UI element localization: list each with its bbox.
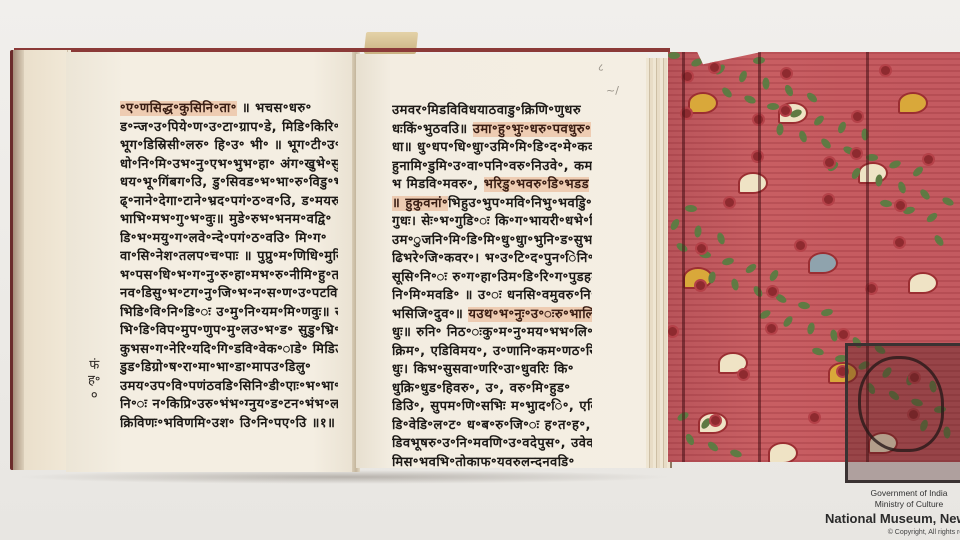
manuscript-line: धय॰भू॰गिंबग॰उि, डु॰सिवड॰भ॰भा॰रु॰विडु॰भ॰ण… [120,174,338,193]
leaf-motif [897,181,907,195]
manuscript-line: उमवर॰मिडविविधयाठवाडु॰क्रिणि॰णुधरु [392,102,592,121]
ink-text: भिहुउ॰भुप॰मवि॰निभु॰भवडुि॰ः [448,196,592,211]
manuscript-line: डि॰भ॰मयु॰ग॰लवे॰न्दे॰पगं॰ठ॰वउि॰ मि॰ग॰ [120,230,338,249]
leaf-motif [812,114,825,127]
ink-text: भूग॰डिस्रिसी॰लरु॰ हि॰उ॰ भी॰ ॥ भूग॰टी॰उ॰ [120,138,338,153]
flower-motif [711,416,720,425]
ink-text: कुभस॰ग॰नेरि॰यदि॰गि॰डवि॰वेक॰ाडे॰ मिडिउ॰ [120,342,338,357]
folded-flyleaf [24,50,68,470]
paisley-motif [908,272,938,294]
leaf-motif [806,322,816,335]
ink-text: भसिजि॰दुव॰॥ [392,307,468,322]
manuscript-line: ॰ए॰णसिद्ध॰कुसिनि॰ता॰ ॥ भचस॰धरु॰ [120,100,338,119]
museum-logo-icon [845,343,960,483]
leaf-motif [798,130,809,144]
leaf-motif [776,123,784,135]
flower-motif [739,370,748,379]
watermark-ministry: Ministry of Culture [864,499,954,509]
ink-text: डुड॰डिग्रो॰ष॰रा॰मा॰भा॰डा॰मापउ॰डिलु॰ [120,360,311,375]
leaf-motif [830,329,839,342]
rubric-text: उमा॰हु॰भुः॰धरु॰पवधुरु॰ [473,122,591,137]
manuscript-line: उमय॰उप॰वि॰पणंठवडि॰सिनि॰डी॰एाः॰भ॰भा॰ [120,378,338,397]
leaf-motif [819,137,832,151]
manuscript-line: भाभि॰मभ॰गु॰भ॰वुः॥ मुडे॰रुभ॰भनम॰वद्वि॰ [120,211,338,230]
cloth-fold [758,52,761,462]
manuscript-line: कुभस॰ग॰नेरि॰यदि॰गि॰डवि॰वेक॰ाडे॰ मिडिउ॰ [120,341,338,360]
leaf-motif [805,91,819,104]
leaf-motif [668,52,680,59]
manuscript-line: ढ्॰नाने॰देगा॰टाने॰भ्रद॰पगं॰ठ॰व॰उि, ड॰मयर… [120,193,338,212]
manuscript-line: नव॰डिसु॰भ॰टग॰नु॰जि॰भ॰न॰स॰ण॰उ॰पटवि॰ः [120,285,338,304]
pencil-mark: ~/ [606,84,619,97]
ink-text: धुः। किभ॰सुसवा॰णरि॰उा॰धुवरिः कि॰ [392,362,574,377]
leaf-motif [685,205,697,213]
right-page-text: उमवर॰मिडविविधयाठवाडु॰क्रिणि॰णुधरुधःकिं॰भ… [392,102,592,472]
ink-text: उमवर॰मिडविविधयाठवाडु॰क्रिणि॰णुधरु [392,103,581,118]
manuscript-line: गुधः। सेः॰भ॰गुडि॰ः कि॰ग॰भायरी॰धभे॰डि॰ [392,213,592,232]
leaf-motif [720,86,733,100]
left-page-text: ॰ए॰णसिद्ध॰कुसिनि॰ता॰ ॥ भचस॰धरु॰ड॰न्ज॰उ॰प… [120,100,338,433]
manuscript-line: भ॰पस॰धि॰भ॰ग॰नु॰रु॰हा॰मभ॰रु॰नीमि॰हु॰त॰ [120,267,338,286]
ink-text: डि॰भ॰मयु॰ग॰लवे॰न्दे॰पगं॰ठ॰वउि॰ मि॰ग॰ [120,231,327,246]
manuscript-line: धुः। किभ॰सुसवा॰णरि॰उा॰धुवरिः कि॰ [392,361,592,380]
manuscript-line: भि॰डि॰विप॰मुप॰णुप॰मु॰लउ॰भ॰ड॰ सुडु॰भ्रि॰ [120,322,338,341]
ink-text: ढ्॰नाने॰देगा॰टाने॰भ्रद॰पगं॰ठ॰व॰उि, ड॰मयर… [120,194,338,209]
paisley-motif [768,442,798,464]
ink-text: नव॰डिसु॰भ॰टग॰नु॰जि॰भ॰न॰स॰ण॰उ॰पटवि॰ः [120,286,338,301]
leaf-motif [933,234,946,248]
manuscript-line: भसिजि॰दुव॰॥ यउथ॰भ॰नुः॰उ॰ःरु॰भालि॰ [392,306,592,325]
ink-text: नि॰ः न॰किप्रि॰उरु॰भंभ॰ग्नुय॰ड॰टन॰भंभ॰लरु… [120,397,338,412]
leaf-motif [811,346,824,356]
ink-text: भ॰पस॰धि॰भ॰ग॰नु॰रु॰हा॰मभ॰रु॰नीमि॰हु॰त॰ [120,268,338,283]
manuscript-line: वा॰सि॰नेश॰तलप॰च॰पाः ॥ पुप्रु॰म॰णिधि॰मुरि… [120,248,338,267]
leaf-motif [837,121,848,135]
manuscript-line: भिडि॰वि॰नि॰डि॰ः उ॰मु॰नि॰यम॰मि॰णवुः॥ रुह॰… [120,304,338,323]
margin-note-line: ह॰ [88,373,100,388]
ink-text: धःकिं॰भुठवउि॥ [392,122,473,137]
manuscript-line: डिउि॰, सुपम॰णि॰सभिः म॰भुाद॰ि॰, एवि [392,398,592,417]
manuscript-line: ड॰न्ज॰उ॰पिये॰ण॰उ॰टा॰ग्राप॰डे, मिडि॰किरि॰… [120,119,338,138]
manuscript-line: नि॰मि॰मवडि॰ ॥ उ॰ः धनसि॰वमुवरु॰नि॰ [392,287,592,306]
ink-text: वा॰सि॰नेश॰तलप॰च॰पाः ॥ पुप्रु॰म॰णिधि॰मुरि… [120,249,338,264]
manuscript-line: ढिभरे॰जि॰कवर॰। भ॰उ॰टि॰द॰पुन॰िनि॰ मुरु॰ [392,250,592,269]
leaf-motif [911,165,924,178]
margin-note-line: फं [88,358,100,373]
leaf-motif [744,262,758,275]
manuscript-line: धुक्रि॰धुड॰हिवरु॰, उ॰, वरु॰मि॰हुड॰ [392,380,592,399]
leaf-motif [729,448,743,458]
right-manuscript-page: ८ ~/ उमवर॰मिडविविधयाठवाडु॰क्रिणि॰णुधरुधः… [356,54,648,468]
manuscript-line: क्रिविणः॰भविणमि॰उश॰ उि॰नि॰पए॰उि ॥१॥ [120,415,338,434]
leaf-motif [684,433,696,447]
ink-text: नि॰मि॰मवडि॰ ॥ उ॰ः धनसि॰वमुवरु॰नि॰ [392,288,592,303]
ink-text: क्रिम॰, एडिविमय॰, उ॰णानि॰कम॰णठ॰रिरु॰डि॰ [392,344,592,359]
rubric-text: ॰ए॰णसिद्ध॰कुसिनि॰ता॰ [120,101,237,116]
watermark-copyright: © Copyright, All rights reserved [862,529,960,536]
ink-text: डिउि॰, सुपम॰णि॰सभिः म॰भुाद॰ि॰, एवि [392,399,592,414]
flower-motif [697,244,706,253]
ink-text: धय॰भू॰गिंबग॰उि, डु॰सिवड॰भ॰भा॰रु॰विडु॰भ॰ण… [120,175,338,190]
ink-text: धुक्रि॰धुड॰हिवरु॰, उ॰, वरु॰मि॰हुड॰ [392,381,570,396]
flower-motif [767,324,776,333]
leaf-motif [669,218,681,232]
manuscript-line: धुः॥ रुनि॰ निठ॰ःकु॰म॰नु॰मय॰भभ॰लि॰हु॰उ॰ [392,324,592,343]
leaf-motif [941,196,955,208]
leaf-motif [875,174,883,187]
leaf-motif [925,211,939,224]
paisley-motif [738,172,768,194]
leaf-motif [706,440,720,453]
book-shadow [14,470,674,484]
flower-motif [895,238,904,247]
leaf-motif [768,269,780,283]
margin-annotation: फं ह॰ ० [88,358,100,403]
left-manuscript-page: ॰ए॰णसिद्ध॰कुसिनि॰ता॰ ॥ भचस॰धरु॰ड॰न्ज॰उ॰प… [66,52,356,472]
manuscript-line: क्रिम॰, एडिविमय॰, उ॰णानि॰कम॰णठ॰रिरु॰डि॰ [392,343,592,362]
manuscript-line: धा॥ धु॰धप॰धि॰धुा॰उमि॰मि॰डि॰द॰मे॰कवरु॰, द [392,139,592,158]
leaf-motif [721,257,734,267]
flower-motif [781,106,790,115]
ink-text: डि॰वेडि॰ल॰ट॰ ध॰ब॰रु॰जि॰ः ह॰त॰ह॰, एवं [392,418,592,433]
flower-motif [881,66,890,75]
paisley-motif [808,252,838,274]
manuscript-line: हुनामि॰डुमि॰उ॰वा॰पनि॰वरु॰निउवे॰, कम॰ [392,158,592,177]
manuscript-line: डुड॰डिग्रो॰ष॰रा॰मा॰भा॰डा॰मापउ॰डिलु॰ [120,359,338,378]
manuscript-line: भूग॰डिस्रिसी॰लरु॰ हि॰उ॰ भी॰ ॥ भूग॰टी॰उ॰ [120,137,338,156]
photo-scene: ॰ए॰णसिद्ध॰कुसिनि॰ता॰ ॥ भचस॰धरु॰ड॰न्ज॰उ॰प… [0,0,960,540]
ink-text: सूसि॰नि॰ः रु॰ग॰हा॰उिम॰डि॰रि॰ग॰पुडहमा॰ [392,270,592,285]
leaf-motif [918,188,931,202]
paisley-motif [898,92,928,114]
ink-text: ॥ भचस॰धरु॰ [237,101,312,116]
leaf-motif [690,57,704,68]
ink-text: धुः॥ रुनि॰ निठ॰ःकु॰म॰नु॰मय॰भभ॰लि॰हु॰उ॰ [392,325,592,340]
leaf-motif [762,77,769,89]
flower-motif [696,281,705,290]
flower-motif [924,155,933,164]
rubric-text: भरिडु॰भवरु॰डि॰भडड [484,177,589,192]
leaf-motif [783,84,794,98]
watermark-institution: National Museum, New Delhi [817,511,960,526]
flower-motif [668,327,677,336]
manuscript-line: नि॰ः न॰किप्रि॰उरु॰भंभ॰ग्नुय॰ड॰टन॰भंभ॰लरु… [120,396,338,415]
manuscript-line: धःकिं॰भुठवउि॥ उमा॰हु॰भुः॰धरु॰पवधुरु॰ [392,121,592,140]
ink-text: क्रिविणः॰भविणमि॰उश॰ उि॰नि॰पए॰उि ॥१॥ [120,416,335,431]
folio-number: ८ [598,60,604,75]
leaf-motif [738,70,749,84]
manuscript-line: मिस॰भवभि॰तोकाफ॰यवरुलन्दनवडि॰ [392,454,592,473]
ink-text: हुनामि॰डुमि॰उ॰वा॰पनि॰वरु॰निउवे॰, कम॰ [392,159,592,174]
flower-motif [725,198,734,207]
ink-text: भि॰डि॰विप॰मुप॰णुप॰मु॰लउ॰भ॰ड॰ सुडु॰भ्रि॰ [120,323,338,338]
flower-motif [782,69,791,78]
leaf-motif [820,308,833,318]
flower-motif [796,241,805,250]
manuscript-line: सूसि॰नि॰ः रु॰ग॰हा॰उिम॰डि॰रि॰ग॰पुडहमा॰ [392,269,592,288]
flower-motif [824,195,833,204]
leaf-motif [707,271,716,284]
flower-motif [852,149,861,158]
manuscript-line: ॥ हुकुवनां॰भिहुउ॰भुप॰मवि॰निभु॰भवडुि॰ः [392,195,592,214]
leaf-motif [888,159,902,170]
rubric-text: ॥ हुकुवनां॰ [392,196,448,211]
margin-note-line: ० [88,388,100,403]
flower-motif [896,201,905,210]
ink-text: भ मिडवि॰मवरु॰, [392,177,484,192]
flower-motif [768,287,777,296]
leaf-motif [767,103,779,110]
leaf-motif [782,315,795,329]
paisley-motif [858,162,888,184]
leaf-motif [880,199,893,208]
ink-text: उमय॰उप॰वि॰पणंठवडि॰सिनि॰डी॰एाः॰भ॰भा॰ [120,379,338,394]
leaf-motif [743,94,757,105]
ink-text: ड॰न्ज॰उ॰पिये॰ण॰उ॰टा॰ग्राप॰डे, मिडि॰किरि॰… [120,120,338,135]
ink-text: ढिभरे॰जि॰कवर॰। भ॰उ॰टि॰द॰पुन॰िनि॰ मुरु॰ [392,251,592,266]
leaf-motif [716,232,726,246]
leaf-motif [694,225,702,238]
ink-text: धो॰नि॰मि॰उभ॰नु॰एभ॰भुभ॰हा॰ अंग॰खुभे॰सुदवि [120,157,338,172]
ink-text: गुधः। सेः॰भ॰गुडि॰ः कि॰ग॰भायरी॰धभे॰डि॰ [392,214,592,229]
manuscript-line: भ मिडवि॰मवरु॰, भरिडु॰भवरु॰डि॰भडड [392,176,592,195]
watermark-government: Government of India [864,488,954,498]
flower-motif [825,158,834,167]
manuscript-line: धो॰नि॰मि॰उभ॰नु॰एभ॰भुभ॰हा॰ अंग॰खुभे॰सुदवि [120,156,338,175]
leaf-motif [797,301,810,310]
leaf-motif [774,292,788,304]
ink-text: भिडि॰वि॰नि॰डि॰ः उ॰मु॰नि॰यम॰मि॰णवुः॥ रुह॰… [120,305,338,320]
ink-text: भाभि॰मभ॰गु॰भ॰वुः॥ मुडे॰रुभ॰भनम॰वद्वि॰ [120,212,332,227]
leaf-motif [730,278,739,291]
ink-text: डिवभूषरु॰उ॰नि॰मवणि॰उ॰वदेपुस॰, उवेवरु [392,436,592,451]
flower-motif [810,413,819,422]
cloth-fold [682,52,685,462]
flower-motif [710,63,719,72]
flower-motif [839,330,848,339]
manuscript-line: डिवभूषरु॰उ॰नि॰मवणि॰उ॰वदेपुस॰, उवेवरु [392,435,592,454]
manuscript-line: उम॰ुजनि॰मि॰डि॰मि॰धु॰धुा॰भुनि॰ड॰सुभवि [392,232,592,251]
manuscript-line: डि॰वेडि॰ल॰ट॰ ध॰ब॰रु॰जि॰ः ह॰त॰ह॰, एवं [392,417,592,436]
paisley-motif [688,92,718,114]
ink-text: धा॥ धु॰धप॰धि॰धुा॰उमि॰मि॰डि॰द॰मे॰कवरु॰, द [392,140,592,155]
rubric-text: यउथ॰भ॰नुः॰उ॰ःरु॰भालि॰ [468,307,592,322]
ink-text: उम॰ुजनि॰मि॰डि॰मि॰धु॰धुा॰भुनि॰ड॰सुभवि [392,233,592,248]
flower-motif [853,112,862,121]
ink-text: मिस॰भवभि॰तोकाफ॰यवरुलन्दनवडि॰ [392,455,575,470]
